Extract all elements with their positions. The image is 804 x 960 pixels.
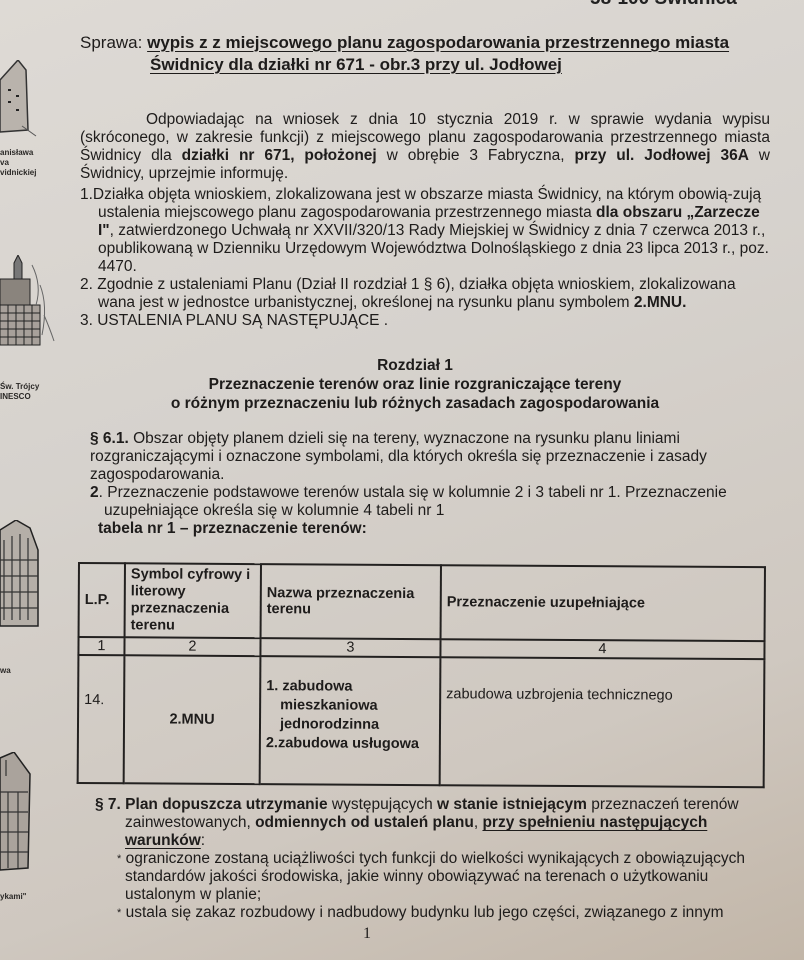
section-6-paragraph-2: 2. Przeznaczenie podstawowe terenów usta… [90,484,770,502]
sidebar-caption-1: anisława va vidnickiej [0,148,36,178]
letterhead-address-fragment: 58-100 Świdnica [590,0,737,10]
section-6-paragraph-1: § 6.1. Obszar objęty planem dzieli się n… [90,430,770,484]
point-1: 1.Działka objęta wnioskiem, zlokalizowan… [80,186,770,276]
asterisk-bullet-icon: * [117,907,121,919]
building-sketch-icon [0,60,48,140]
page-number: 1 [363,925,371,943]
sidebar-caption-4: ykami" [0,892,26,902]
column-number: 2 [124,637,260,656]
column-number: 1 [78,637,124,655]
header-lp: L.P. [79,563,125,637]
header-symbol: Symbol cyfrowy i literowy przeznaczenia … [125,563,261,638]
sidebar-caption-3: wa [0,666,11,676]
section-7-bullet-1: * ograniczone zostaną uciążliwości tych … [95,850,775,904]
subject-line-1: wypis z z miejscowego planu zagospodarow… [147,33,729,52]
point-3: 3. USTALENIA PLANU SĄ NASTĘPUJĄCE . [80,312,770,330]
chapter-subtitle-1: Przeznaczenie terenów oraz linie rozgran… [110,375,720,394]
intro-line-1: Odpowiadając na wniosek z dnia 10 styczn… [80,111,770,129]
chapter-heading: Rozdział 1 Przeznaczenie terenów oraz li… [110,356,720,413]
section-7-line-3: warunków: [95,832,775,850]
point-2: 2. Zgodnie z ustaleniami Planu (Dział II… [80,276,770,312]
subject-line-2: Świdnicy dla działki nr 671 - obr.3 przy… [150,55,562,74]
townhouse-sketch-icon [0,752,34,872]
church-sketch-icon [0,255,60,355]
chapter-subtitle-2: o różnym przeznaczeniu lub różnych zasad… [110,394,720,413]
numbered-points: 1.Działka objęta wnioskiem, zlokalizowan… [80,186,770,330]
zoning-table: L.P. Symbol cyfrowy i literowy przeznacz… [77,562,766,788]
section-7-line-1: § 7. Plan dopuszcza utrzymanie występują… [95,796,775,814]
cell-lp: 14. [78,655,125,783]
column-number: 3 [260,638,440,657]
sidebar-caption-2: Św. Trójcy INESCO [0,382,39,402]
table-row: 14. 2.MNU 1. zabudowa mieszkaniowa jedno… [78,655,765,787]
tenement-sketch-icon [0,520,42,630]
letter-subject: Sprawa: wypis z z miejscowego planu zago… [80,32,780,76]
column-number: 4 [440,639,764,659]
table-caption: tabela nr 1 – przeznaczenie terenów: [90,520,770,538]
intro-line-2: (skróconego, w zakresie funkcji) z miejs… [80,129,770,147]
cell-symbol: 2.MNU [124,655,261,784]
document-page: 58-100 Świdnica anisława va vidnickiej Ś… [0,0,804,960]
intro-line-3: Świdnicy dla działki nr 671, położonej w… [80,147,770,165]
section-6-paragraph-2-cont: uzupełniające określa się w kolumnie 4 t… [90,502,770,520]
section-7-bullet-2: * ustala się zakaz rozbudowy i nadbudowy… [95,904,775,922]
intro-line-4: Świdnicy, uprzejmie informuję. [80,165,770,183]
cell-supplementary: zabudowa uzbrojenia technicznego [440,657,765,787]
table-header-row: L.P. Symbol cyfrowy i literowy przeznacz… [79,563,765,641]
asterisk-bullet-icon: * [117,853,121,865]
intro-paragraph: Odpowiadając na wniosek z dnia 10 styczn… [80,111,770,183]
subject-label: Sprawa: [80,33,142,52]
cell-name: 1. zabudowa mieszkaniowa jednorodzinna 2… [260,656,441,785]
section-7: § 7. Plan dopuszcza utrzymanie występują… [95,796,775,922]
header-supplementary: Przeznaczenie uzupełniające [441,565,765,641]
header-name: Nazwa przeznaczenia terenu [261,564,441,639]
chapter-title: Rozdział 1 [110,356,720,375]
section-7-line-2: zainwestowanych, odmiennych od ustaleń p… [95,814,775,832]
section-6: § 6.1. Obszar objęty planem dzieli się n… [90,430,770,538]
